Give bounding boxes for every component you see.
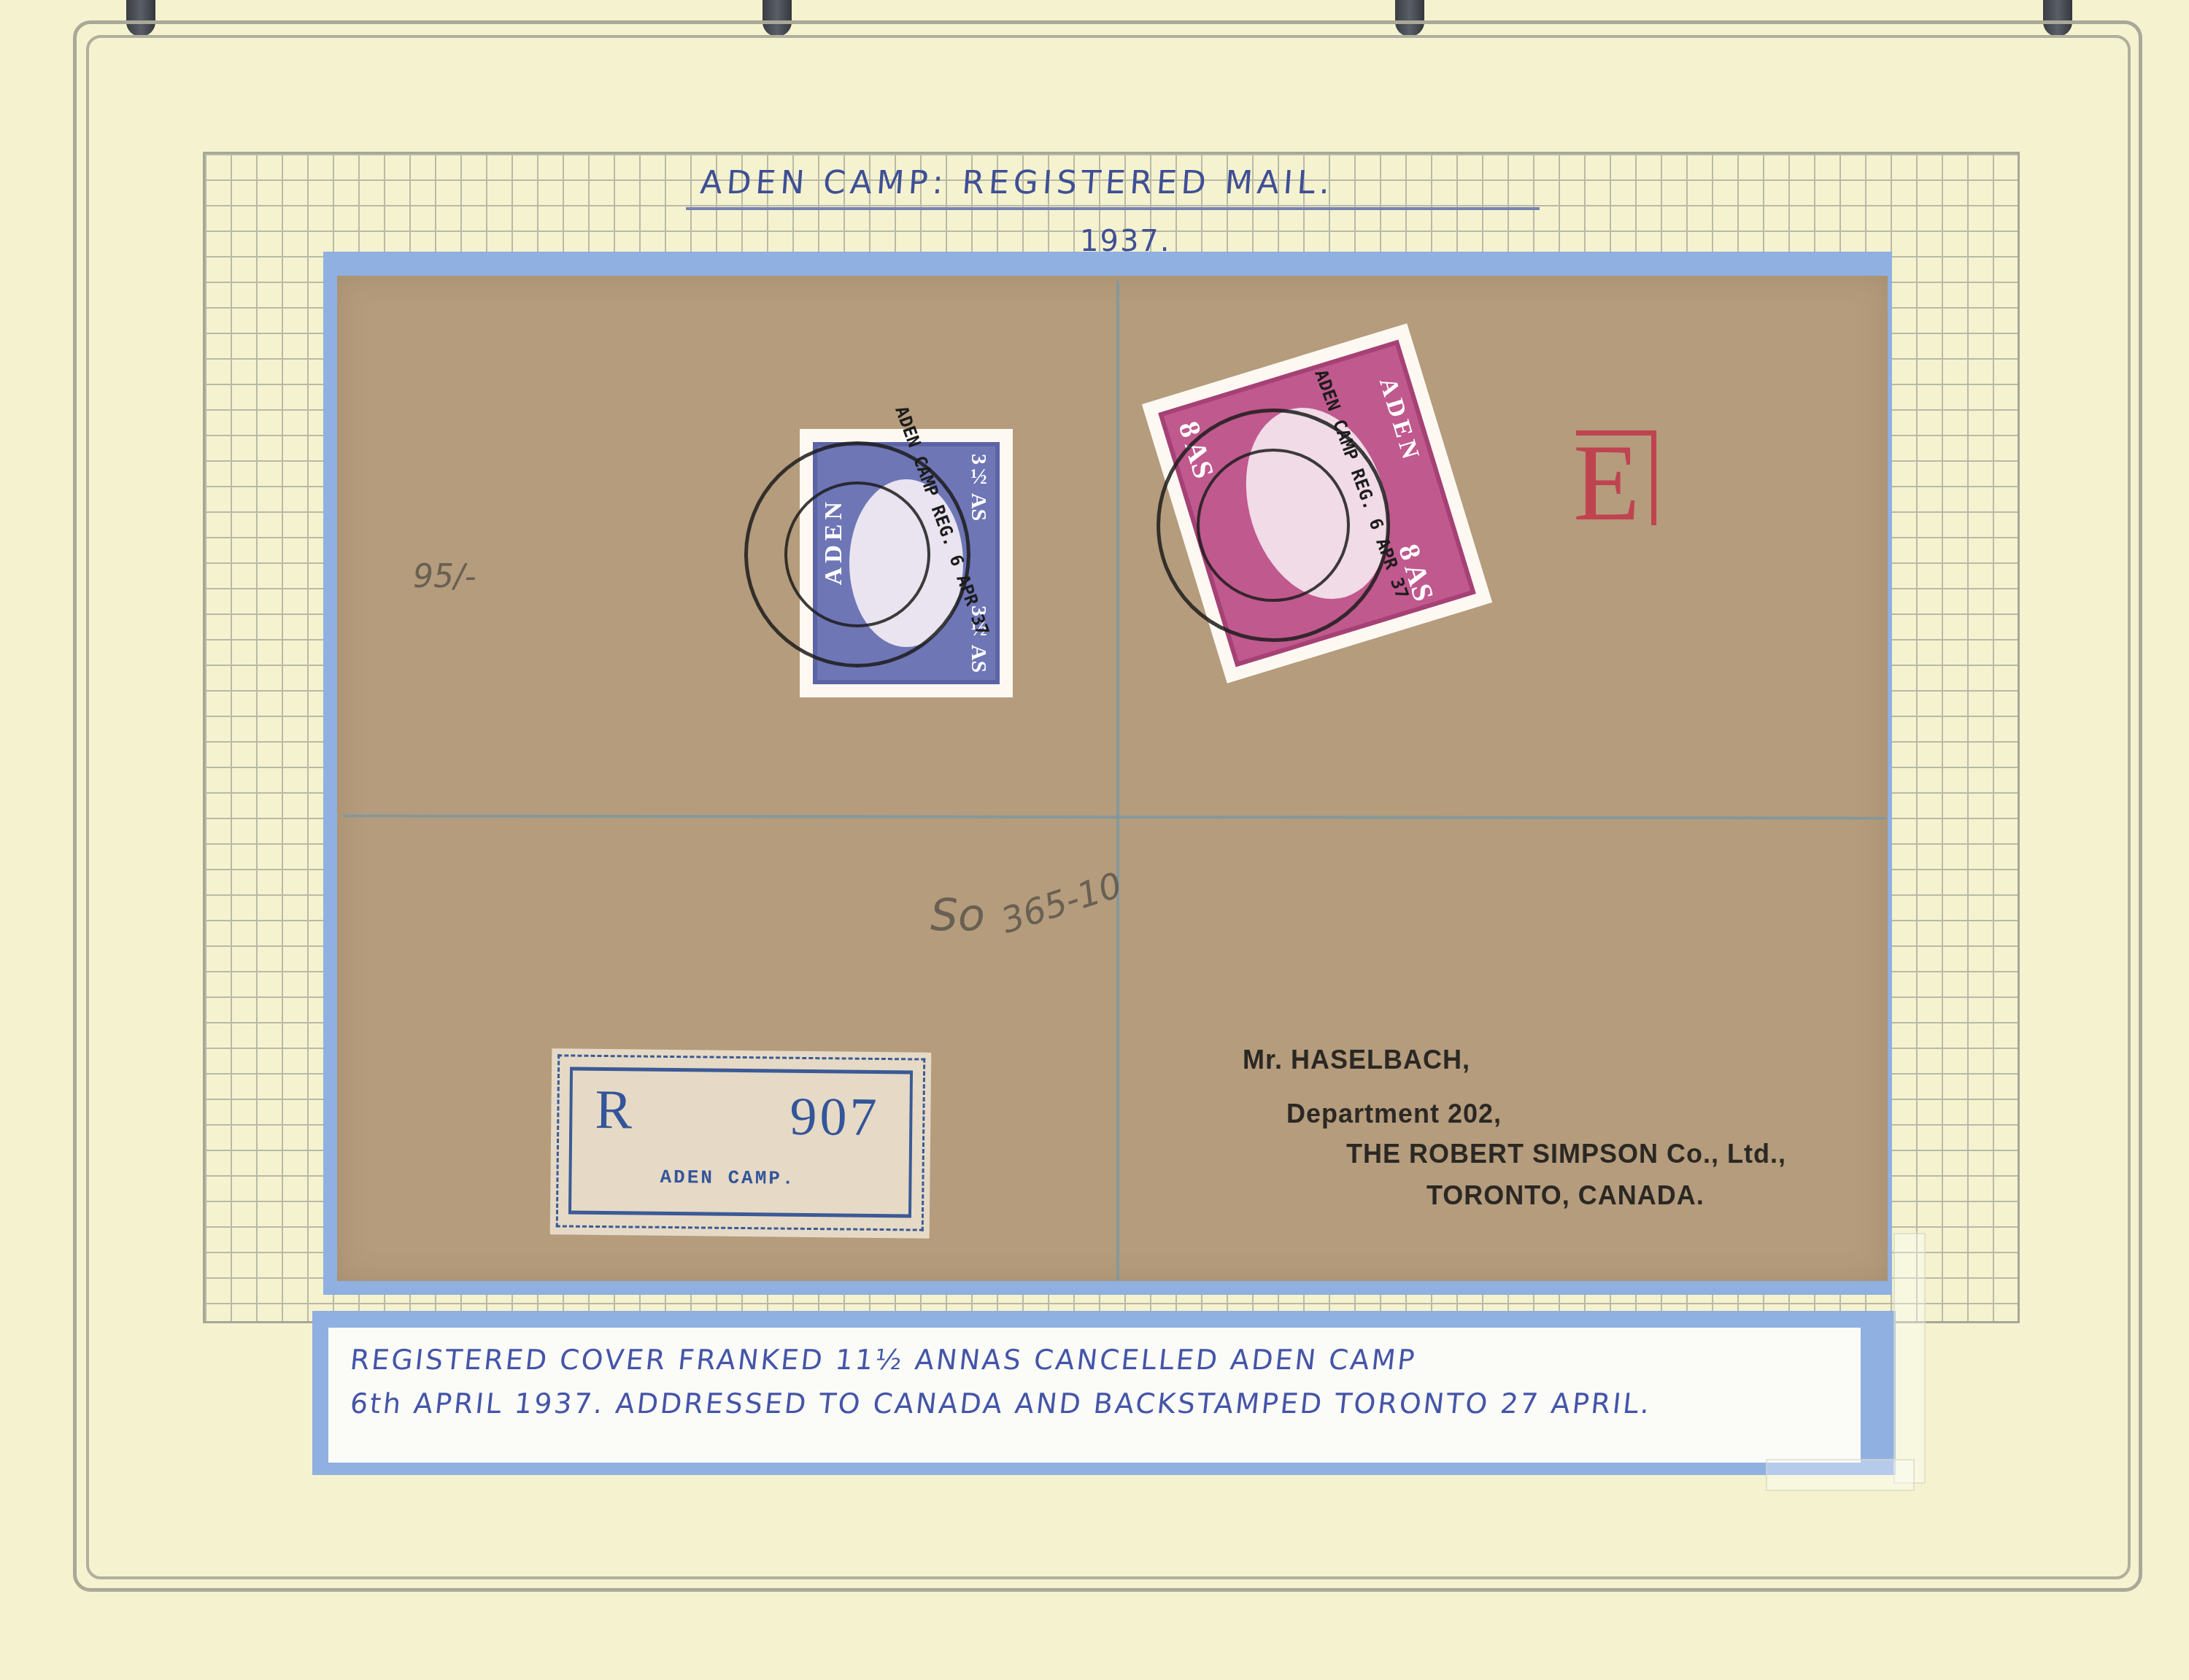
hinge-tape	[1893, 1233, 1926, 1484]
registration-number: 907	[789, 1086, 880, 1149]
address-line: Mr. HASELBACH,	[1243, 1045, 1470, 1075]
address-line: Department 202,	[1286, 1099, 1502, 1129]
registration-line-vertical	[1116, 281, 1119, 1280]
address-line: THE ROBERT SIMPSON Co., Ltd.,	[1346, 1139, 1786, 1169]
heading-title: ADEN CAMP: REGISTERED MAIL.	[684, 157, 1563, 201]
registration-letter: R	[595, 1078, 633, 1142]
pencil-price-note: 95/-	[413, 558, 476, 595]
caption-line: 6th APRIL 1937. ADDRESSED TO CANADA AND …	[349, 1387, 1653, 1420]
stamp-country: ADEN	[1373, 374, 1426, 466]
postmark-ring-inner	[784, 481, 930, 627]
postmark-ring-inner	[1197, 449, 1350, 602]
registration-office: ADEN CAMP.	[660, 1166, 795, 1190]
stamp-value: 3½ AS	[966, 454, 991, 521]
registration-label[interactable]: R 907 ADEN CAMP.	[550, 1048, 932, 1238]
page-heading: ADEN CAMP: REGISTERED MAIL. 1937.	[686, 157, 1561, 262]
hinge-tape	[1766, 1459, 1915, 1491]
caption-card: REGISTERED COVER FRANKED 11½ ANNAS CANCE…	[328, 1328, 1861, 1463]
caption-line: REGISTERED COVER FRANKED 11½ ANNAS CANCE…	[349, 1344, 1418, 1376]
red-e-handstamp: E	[1576, 430, 1656, 525]
pencil-note: So	[930, 890, 985, 941]
heading-underline	[686, 207, 1540, 210]
address-line: TORONTO, CANADA.	[1426, 1180, 1705, 1211]
